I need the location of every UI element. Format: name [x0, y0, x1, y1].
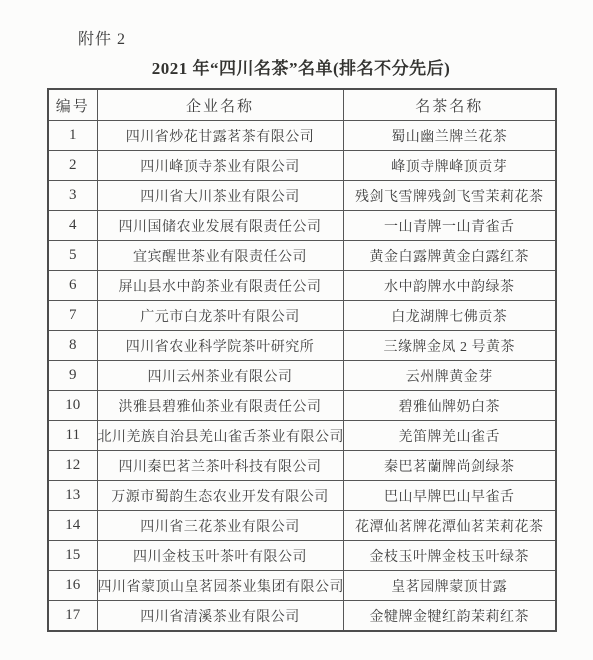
- tea-name: 峰顶寺牌峰顶贡芽: [343, 151, 556, 181]
- row-number: 7: [48, 301, 97, 331]
- row-number: 17: [48, 601, 97, 632]
- tea-name: 金枝玉叶牌金枝玉叶绿茶: [343, 541, 556, 571]
- tea-name: 巴山早牌巴山早雀舌: [343, 481, 556, 511]
- tea-name: 皇茗园牌蒙顶甘露: [343, 571, 556, 601]
- row-number: 10: [48, 391, 97, 421]
- table-row: 12 四川秦巴茗兰茶叶科技有限公司 秦巴茗蘭牌尚剑绿茶: [48, 451, 556, 481]
- row-number: 5: [48, 241, 97, 271]
- table-row: 17 四川省清溪茶业有限公司 金犍牌金犍红韵茉莉红茶: [48, 601, 556, 632]
- tea-name: 黄金白露牌黄金白露红茶: [343, 241, 556, 271]
- row-number: 4: [48, 211, 97, 241]
- table-row: 4 四川国储农业发展有限责任公司 一山青牌一山青雀舌: [48, 211, 556, 241]
- company-name: 洪雅县碧雅仙茶业有限责任公司: [97, 391, 343, 421]
- column-header-company: 企业名称: [97, 89, 343, 121]
- row-number: 14: [48, 511, 97, 541]
- row-number: 13: [48, 481, 97, 511]
- table-row: 3 四川省大川茶业有限公司 残剑飞雪牌残剑飞雪茉莉花茶: [48, 181, 556, 211]
- page-title: 2021 年“四川名茶”名单(排名不分先后): [47, 54, 555, 79]
- table-row: 10 洪雅县碧雅仙茶业有限责任公司 碧雅仙牌奶白茶: [48, 391, 556, 421]
- tea-name: 羌笛牌羌山雀舌: [343, 421, 556, 451]
- company-name: 北川羌族自治县羌山雀舌茶业有限公司: [97, 421, 343, 451]
- company-name: 四川省清溪茶业有限公司: [97, 601, 343, 632]
- table-row: 2 四川峰顶寺茶业有限公司 峰顶寺牌峰顶贡芽: [48, 151, 556, 181]
- table-row: 11 北川羌族自治县羌山雀舌茶业有限公司 羌笛牌羌山雀舌: [48, 421, 556, 451]
- row-number: 8: [48, 331, 97, 361]
- document-page: 附件 2 2021 年“四川名茶”名单(排名不分先后) 编号 企业名称 名茶名称…: [0, 0, 593, 660]
- tea-name: 花潭仙茗牌花潭仙茗茉莉花茶: [343, 511, 556, 541]
- tea-name: 残剑飞雪牌残剑飞雪茉莉花茶: [343, 181, 556, 211]
- company-name: 四川省炒花甘露茗茶有限公司: [97, 121, 343, 151]
- row-number: 15: [48, 541, 97, 571]
- tea-name: 秦巴茗蘭牌尚剑绿茶: [343, 451, 556, 481]
- attachment-label: 附件 2: [78, 26, 126, 49]
- row-number: 12: [48, 451, 97, 481]
- column-header-tea: 名茶名称: [343, 89, 556, 121]
- company-name: 四川金枝玉叶茶叶有限公司: [97, 541, 343, 571]
- row-number: 11: [48, 421, 97, 451]
- company-name: 四川省蒙顶山皇茗园茶业集团有限公司: [97, 571, 343, 601]
- company-name: 万源市蜀韵生态农业开发有限公司: [97, 481, 343, 511]
- tea-name: 三缘牌金凤 2 号黄茶: [343, 331, 556, 361]
- row-number: 9: [48, 361, 97, 391]
- company-name: 广元市白龙茶叶有限公司: [97, 301, 343, 331]
- table-row: 13 万源市蜀韵生态农业开发有限公司 巴山早牌巴山早雀舌: [48, 481, 556, 511]
- table-row: 8 四川省农业科学院茶叶研究所 三缘牌金凤 2 号黄茶: [48, 331, 556, 361]
- company-name: 四川省大川茶业有限公司: [97, 181, 343, 211]
- company-name: 屏山县水中韵茶业有限责任公司: [97, 271, 343, 301]
- row-number: 6: [48, 271, 97, 301]
- table-row: 16 四川省蒙顶山皇茗园茶业集团有限公司 皇茗园牌蒙顶甘露: [48, 571, 556, 601]
- company-name: 四川峰顶寺茶业有限公司: [97, 151, 343, 181]
- table-row: 14 四川省三花茶业有限公司 花潭仙茗牌花潭仙茗茉莉花茶: [48, 511, 556, 541]
- tea-name: 云州牌黄金芽: [343, 361, 556, 391]
- company-name: 四川省三花茶业有限公司: [97, 511, 343, 541]
- row-number: 3: [48, 181, 97, 211]
- tea-name: 金犍牌金犍红韵茉莉红茶: [343, 601, 556, 632]
- table-header-row: 编号 企业名称 名茶名称: [48, 89, 556, 121]
- company-name: 四川秦巴茗兰茶叶科技有限公司: [97, 451, 343, 481]
- company-name: 宜宾醒世茶业有限责任公司: [97, 241, 343, 271]
- table-row: 5 宜宾醒世茶业有限责任公司 黄金白露牌黄金白露红茶: [48, 241, 556, 271]
- table-row: 15 四川金枝玉叶茶叶有限公司 金枝玉叶牌金枝玉叶绿茶: [48, 541, 556, 571]
- row-number: 2: [48, 151, 97, 181]
- table-row: 6 屏山县水中韵茶业有限责任公司 水中韵牌水中韵绿茶: [48, 271, 556, 301]
- company-name: 四川国储农业发展有限责任公司: [97, 211, 343, 241]
- tea-name: 水中韵牌水中韵绿茶: [343, 271, 556, 301]
- tea-name: 一山青牌一山青雀舌: [343, 211, 556, 241]
- company-name: 四川云州茶业有限公司: [97, 361, 343, 391]
- column-header-number: 编号: [48, 89, 97, 121]
- tea-name: 碧雅仙牌奶白茶: [343, 391, 556, 421]
- row-number: 16: [48, 571, 97, 601]
- tea-name: 蜀山幽兰牌兰花茶: [343, 121, 556, 151]
- table-row: 9 四川云州茶业有限公司 云州牌黄金芽: [48, 361, 556, 391]
- company-name: 四川省农业科学院茶叶研究所: [97, 331, 343, 361]
- tea-list-table: 编号 企业名称 名茶名称 1 四川省炒花甘露茗茶有限公司 蜀山幽兰牌兰花茶 2 …: [47, 88, 557, 632]
- row-number: 1: [48, 121, 97, 151]
- tea-name: 白龙湖牌七佛贡茶: [343, 301, 556, 331]
- table-row: 7 广元市白龙茶叶有限公司 白龙湖牌七佛贡茶: [48, 301, 556, 331]
- table-row: 1 四川省炒花甘露茗茶有限公司 蜀山幽兰牌兰花茶: [48, 121, 556, 151]
